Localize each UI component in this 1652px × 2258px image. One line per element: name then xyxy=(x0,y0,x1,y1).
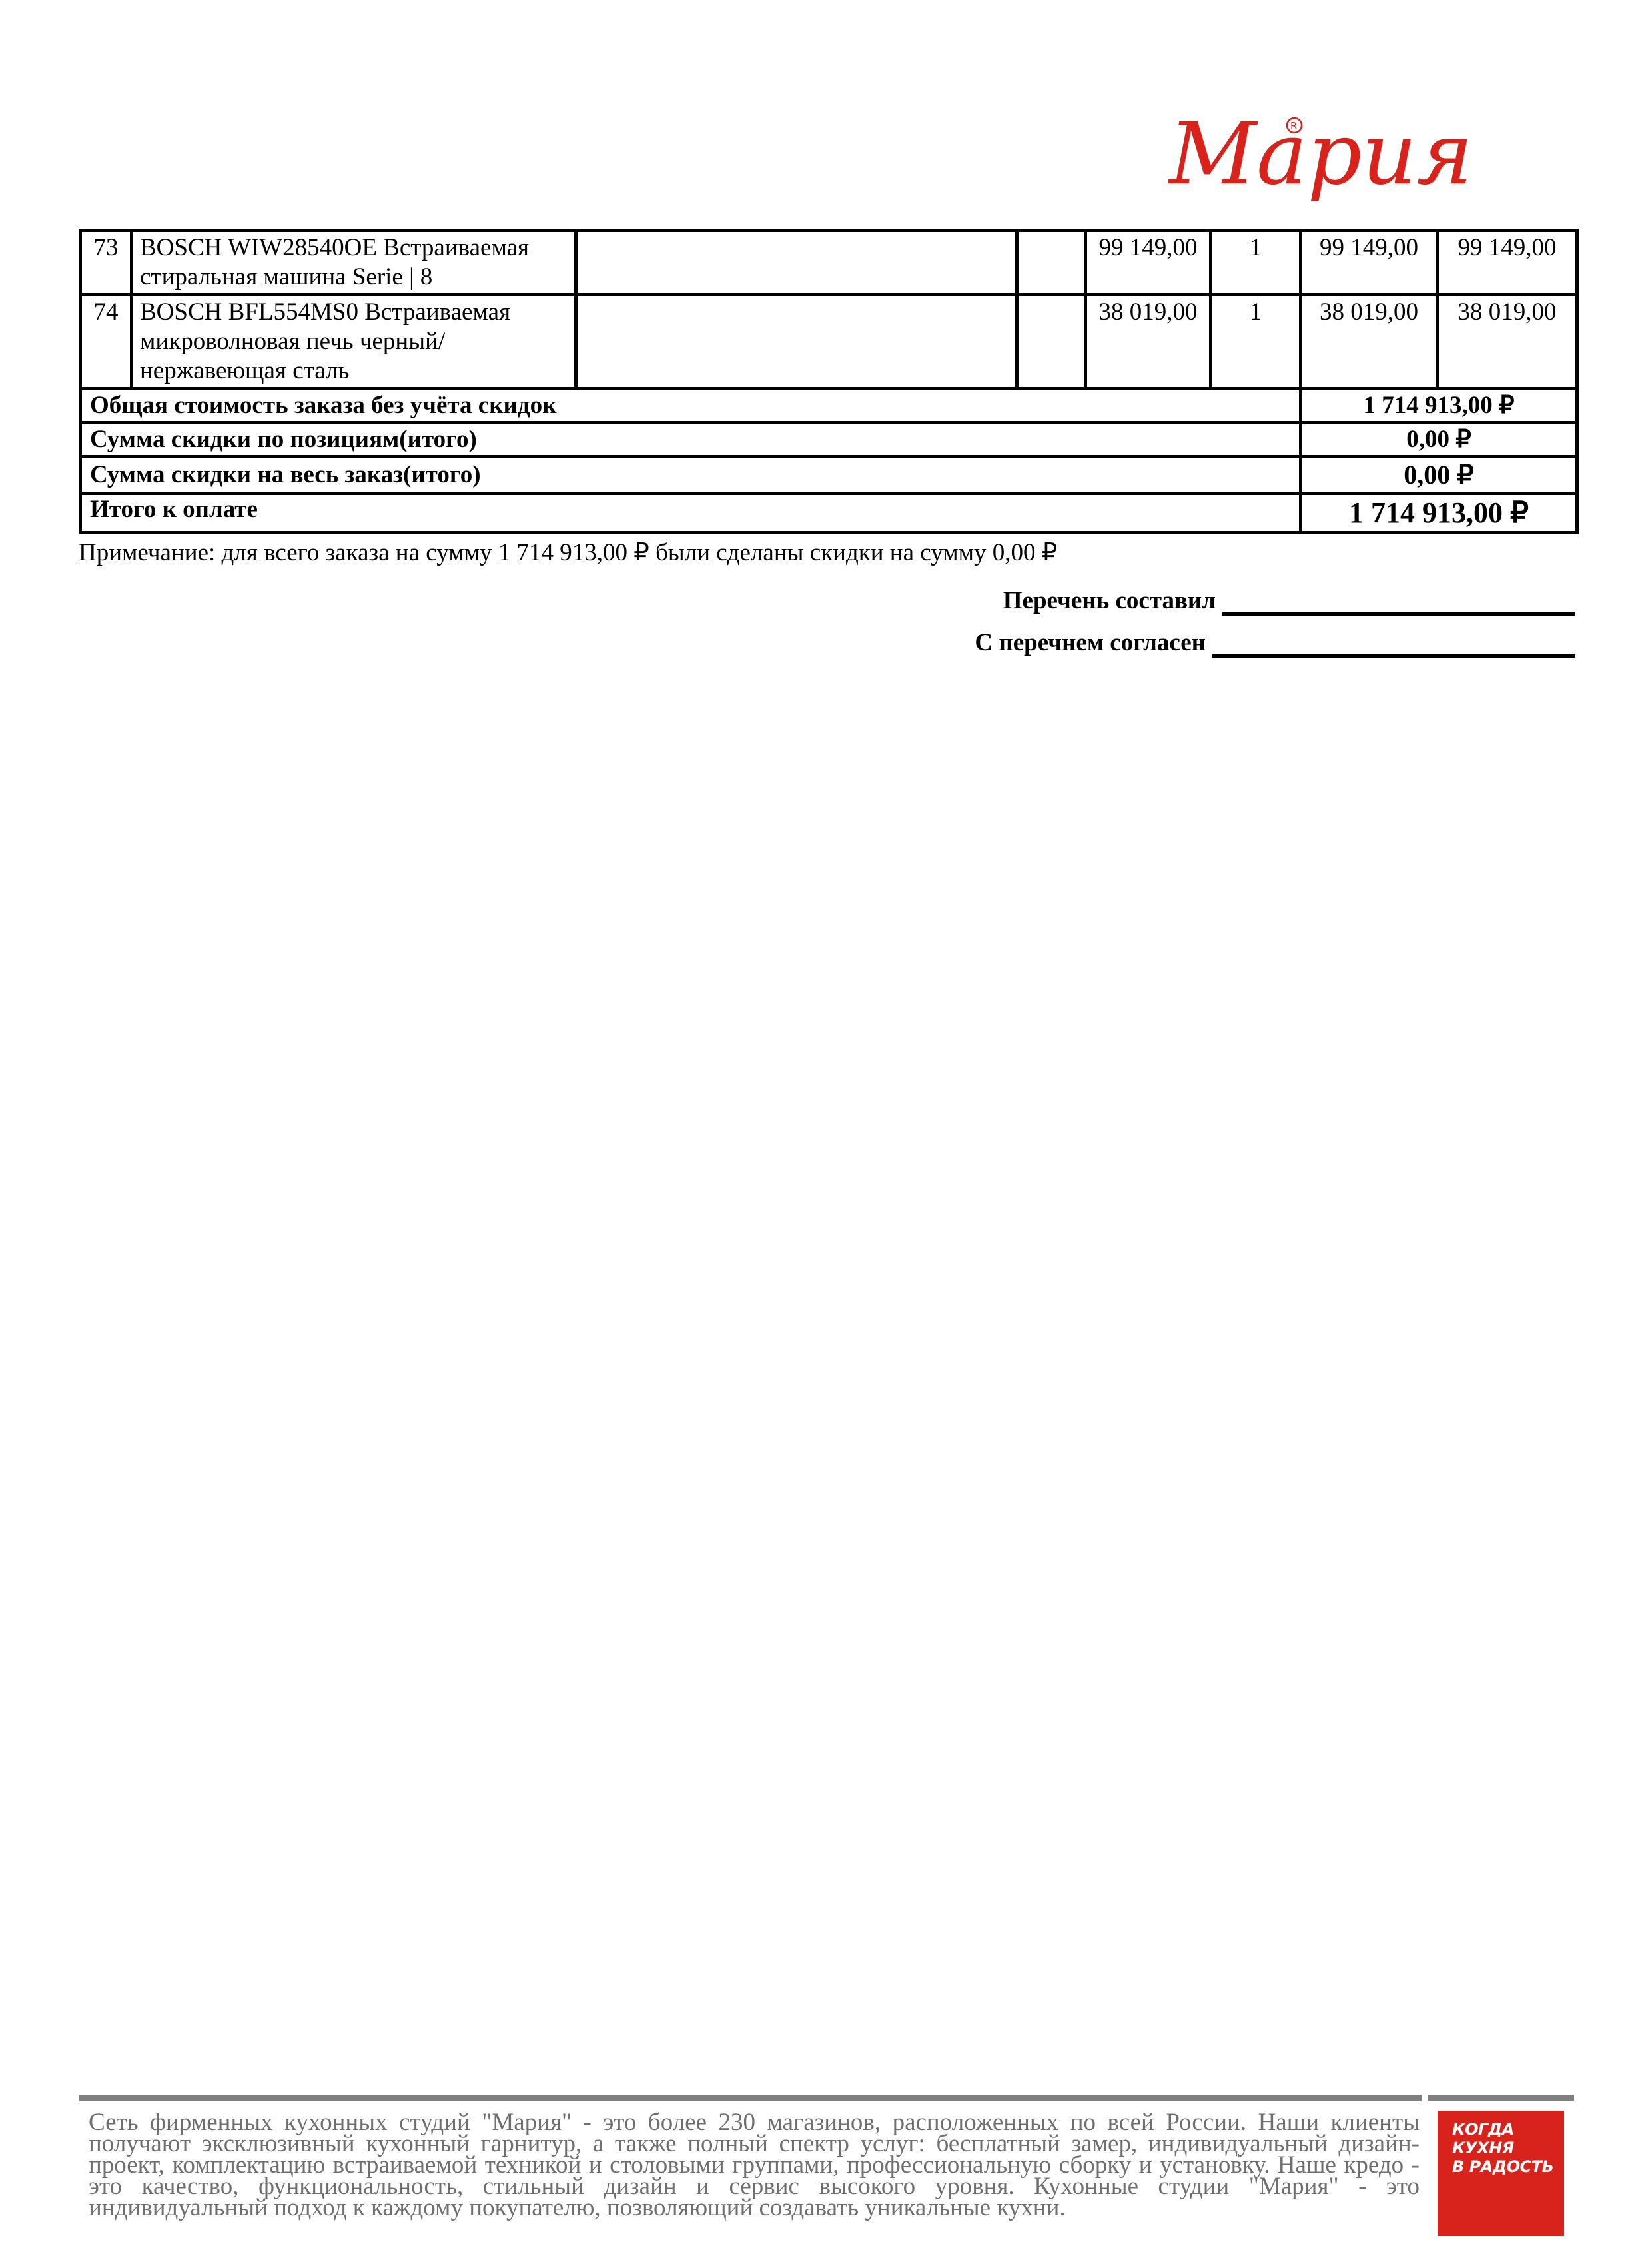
item-sum: 99 149,00 xyxy=(1301,231,1438,295)
footer-divider-right xyxy=(1428,2095,1574,2101)
order-note: Примечание: для всего заказа на сумму 1 … xyxy=(79,538,1057,568)
item-price: 99 149,00 xyxy=(1086,231,1211,295)
footer-description: Сеть фирменных кухонных студий "Мария" -… xyxy=(89,2112,1420,2219)
item-number: 73 xyxy=(81,231,132,295)
slogan-line: КУХНЯ xyxy=(1452,2139,1564,2157)
item-name: BOSCH WIW28540OE Встраиваемая стиральная… xyxy=(132,231,576,295)
maria-logo: Мария R xyxy=(1156,113,1582,220)
svg-text:R: R xyxy=(1290,120,1297,132)
item-col3 xyxy=(576,231,1017,295)
slogan-badge: КОГДА КУХНЯ В РАДОСТЬ xyxy=(1438,2111,1564,2236)
signature-agreed: С перечнем согласен xyxy=(975,628,1575,658)
slogan-line: В РАДОСТЬ xyxy=(1452,2157,1564,2176)
item-sum: 38 019,00 xyxy=(1301,295,1438,389)
item-col3 xyxy=(576,295,1017,389)
total-label: Сумма скидки по позициям(итого) xyxy=(81,423,1301,457)
item-qty: 1 xyxy=(1211,295,1301,389)
total-row-gross: Общая стоимость заказа без учёта скидок … xyxy=(81,389,1577,423)
total-value: 0,00 ₽ xyxy=(1301,457,1577,494)
item-total: 38 019,00 xyxy=(1438,295,1577,389)
signature-label: С перечнем согласен xyxy=(975,628,1206,658)
signature-line xyxy=(1222,588,1575,616)
signature-compiled-by: Перечень составил xyxy=(1003,586,1575,616)
order-items-table: 73 BOSCH WIW28540OE Встраиваемая стираль… xyxy=(79,229,1579,534)
item-col4 xyxy=(1017,231,1086,295)
total-row-item-discount: Сумма скидки по позициям(итого) 0,00 ₽ xyxy=(81,423,1577,457)
item-col4 xyxy=(1017,295,1086,389)
item-name: BOSCH BFL554MS0 Встраиваемая микроволнов… xyxy=(132,295,576,389)
item-total: 99 149,00 xyxy=(1438,231,1577,295)
total-row-payable: Итого к оплате 1 714 913,00 ₽ xyxy=(81,494,1577,533)
footer-divider xyxy=(79,2095,1422,2101)
signature-label: Перечень составил xyxy=(1003,586,1216,616)
total-label: Общая стоимость заказа без учёта скидок xyxy=(81,389,1301,423)
slogan-line: КОГДА xyxy=(1452,2120,1564,2139)
logo-text: Мария xyxy=(1168,113,1473,204)
signature-line xyxy=(1212,630,1575,658)
table-row: 73 BOSCH WIW28540OE Встраиваемая стираль… xyxy=(81,231,1577,295)
item-qty: 1 xyxy=(1211,231,1301,295)
total-row-order-discount: Сумма скидки на весь заказ(итого) 0,00 ₽ xyxy=(81,457,1577,494)
total-value: 1 714 913,00 ₽ xyxy=(1301,389,1577,423)
table-row: 74 BOSCH BFL554MS0 Встраиваемая микровол… xyxy=(81,295,1577,389)
total-label: Итого к оплате xyxy=(81,494,1301,533)
total-value: 0,00 ₽ xyxy=(1301,423,1577,457)
total-label: Сумма скидки на весь заказ(итого) xyxy=(81,457,1301,494)
item-price: 38 019,00 xyxy=(1086,295,1211,389)
item-number: 74 xyxy=(81,295,132,389)
total-value: 1 714 913,00 ₽ xyxy=(1301,494,1577,533)
